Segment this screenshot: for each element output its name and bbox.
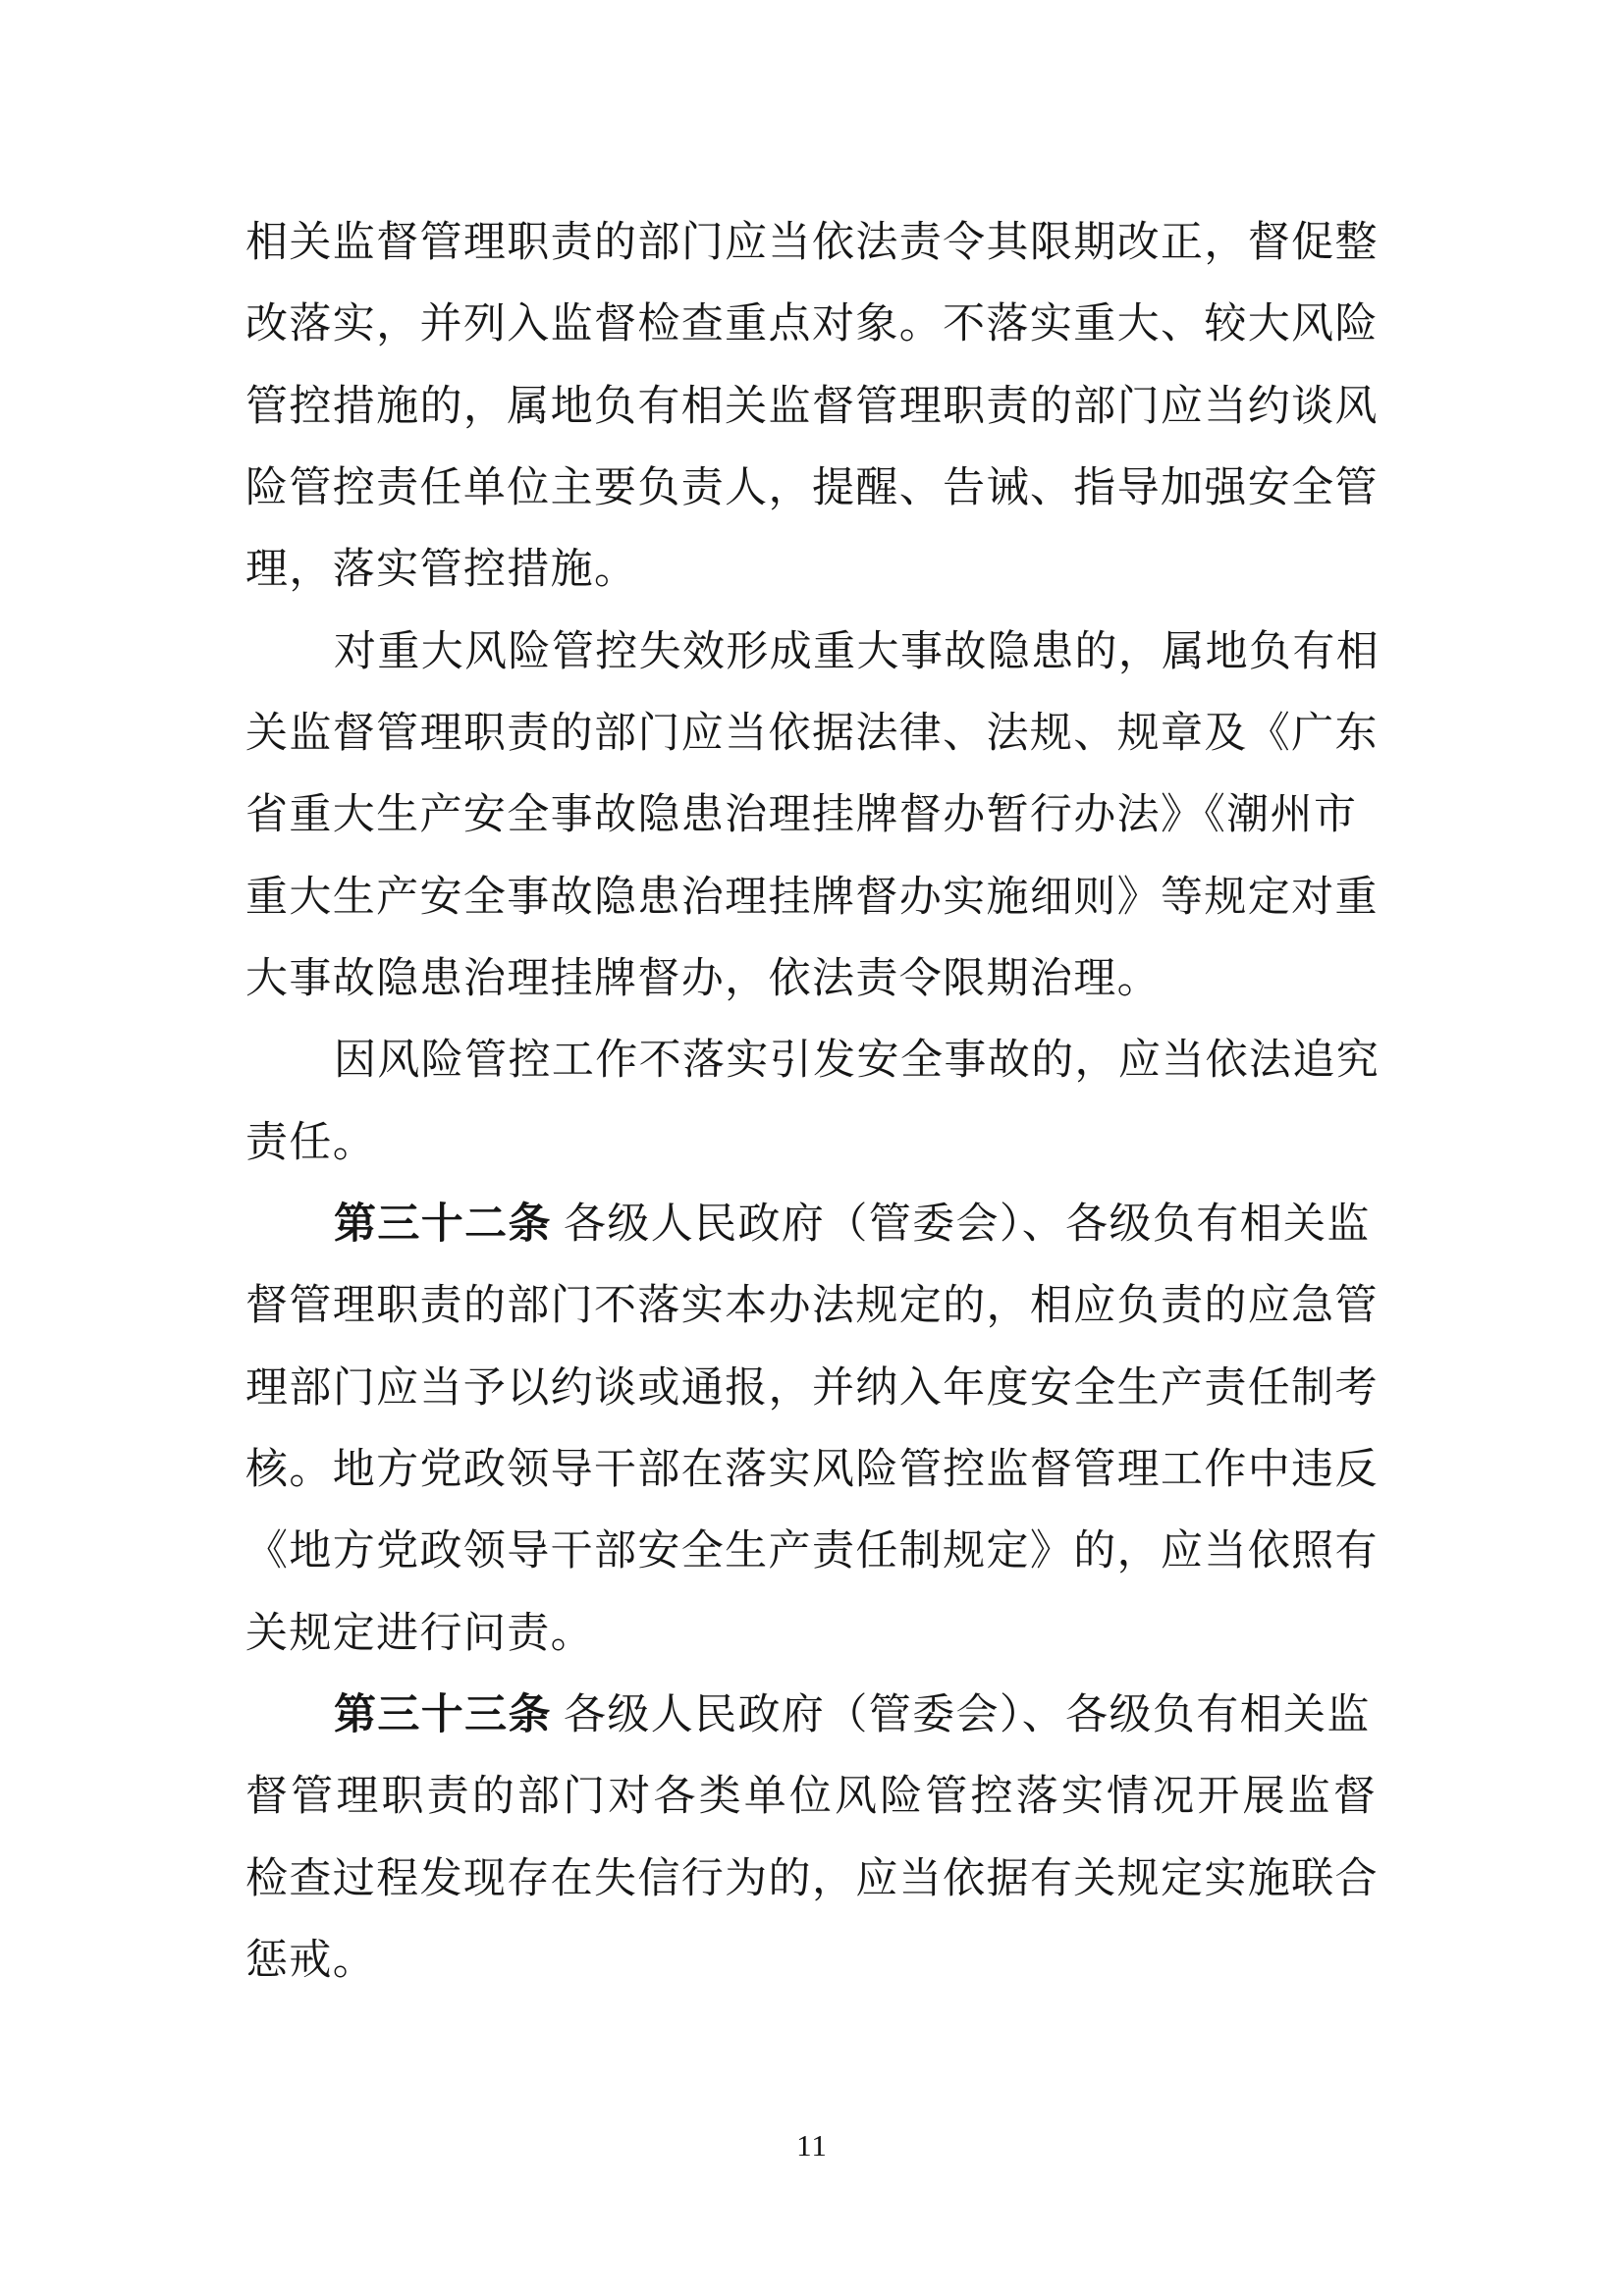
text-line: 理部门应当予以约谈或通报，并纳入年度安全生产责任制考 (245, 1348, 1384, 1429)
text-run: 关规定进行问责。 (245, 1611, 594, 1657)
text-line: 省重大生产安全事故隐患治理挂牌督办暂行办法》《潮州市 (245, 774, 1384, 856)
text-line: 核。地方党政领导干部在落实风险管控监督管理工作中违反 (245, 1429, 1384, 1511)
text-run: 重大生产安全事故隐患治理挂牌督办实施细则》等规定对重 (245, 875, 1379, 921)
text-line: 险管控责任单位主要负责人，提醒、告诫、指导加强安全管 (245, 448, 1384, 529)
text-line: 督管理职责的部门对各类单位风险管控落实情况开展监督 (245, 1756, 1384, 1838)
text-line: 第三十三条 各级人民政府（管委会）、各级负有相关监 (245, 1675, 1384, 1756)
text-run: 核。地方党政领导干部在落实风险管控监督管理工作中违反 (245, 1447, 1379, 1493)
text-run: 大事故隐患治理挂牌督办，依法责令限期治理。 (245, 956, 1161, 1002)
text-line: 第三十二条 各级人民政府（管委会）、各级负有相关监 (245, 1184, 1384, 1265)
text-run: 省重大生产安全事故隐患治理挂牌督办暂行办法》《潮州市 (245, 792, 1357, 838)
text-run: 理，落实管控措施。 (245, 547, 637, 593)
text-run: 相关监督管理职责的部门应当依法责令其限期改正，督促整 (245, 220, 1379, 266)
text-line: 大事故隐患治理挂牌督办，依法责令限期治理。 (245, 938, 1384, 1020)
text-line: 关规定进行问责。 (245, 1593, 1384, 1675)
text-line: 重大生产安全事故隐患治理挂牌督办实施细则》等规定对重 (245, 857, 1384, 938)
text-run: 管控措施的，属地负有相关监督管理职责的部门应当约谈风 (245, 384, 1379, 430)
text-run: 对重大风险管控失效形成重大事故隐患的，属地负有相 (334, 629, 1380, 675)
text-line: 管控措施的，属地负有相关监督管理职责的部门应当约谈风 (245, 366, 1384, 448)
article-number: 第三十三条 (334, 1692, 552, 1738)
document-page: 相关监督管理职责的部门应当依法责令其限期改正，督促整改落实，并列入监督检查重点对… (0, 0, 1624, 2296)
text-run: 惩戒。 (245, 1938, 376, 1984)
text-line: 关监督管理职责的部门应当依据法律、法规、规章及《广东 (245, 693, 1384, 774)
text-run: 险管控责任单位主要负责人，提醒、告诫、指导加强安全管 (245, 465, 1379, 511)
text-line: 督管理职责的部门不落实本办法规定的，相应负责的应急管 (245, 1265, 1384, 1347)
text-line: 检查过程发现存在失信行为的，应当依据有关规定实施联合 (245, 1839, 1384, 1920)
text-line: 改落实，并列入监督检查重点对象。不落实重大、较大风险 (245, 284, 1384, 365)
text-line: 责任。 (245, 1102, 1384, 1184)
page-number: 11 (0, 2126, 1624, 2165)
text-line: 因风险管控工作不落实引发安全事故的，应当依法追究 (245, 1020, 1384, 1101)
text-run: 改落实，并列入监督检查重点对象。不落实重大、较大风险 (245, 301, 1379, 347)
text-line: 《地方党政领导干部安全生产责任制规定》的，应当依照有 (245, 1511, 1384, 1592)
text-run: 督管理职责的部门对各类单位风险管控落实情况开展监督 (245, 1774, 1379, 1820)
article-number: 第三十二条 (334, 1201, 552, 1248)
text-run: 因风险管控工作不落实引发安全事故的，应当依法追究 (334, 1038, 1380, 1084)
text-line: 对重大风险管控失效形成重大事故隐患的，属地负有相 (245, 612, 1384, 693)
text-line: 惩戒。 (245, 1920, 1384, 2002)
text-run: 各级人民政府（管委会）、各级负有相关监 (552, 1692, 1371, 1738)
text-run: 责任。 (245, 1120, 376, 1166)
text-block: 相关监督管理职责的部门应当依法责令其限期改正，督促整改落实，并列入监督检查重点对… (245, 202, 1384, 2002)
text-line: 相关监督管理职责的部门应当依法责令其限期改正，督促整 (245, 202, 1384, 284)
text-run: 各级人民政府（管委会）、各级负有相关监 (552, 1201, 1371, 1248)
text-run: 《地方党政领导干部安全生产责任制规定》的，应当依照有 (245, 1528, 1379, 1575)
text-run: 督管理职责的部门不落实本办法规定的，相应负责的应急管 (245, 1283, 1379, 1329)
text-run: 关监督管理职责的部门应当依据法律、法规、规章及《广东 (245, 711, 1379, 757)
text-run: 理部门应当予以约谈或通报，并纳入年度安全生产责任制考 (245, 1365, 1379, 1412)
text-run: 检查过程发现存在失信行为的，应当依据有关规定实施联合 (245, 1856, 1379, 1902)
text-line: 理，落实管控措施。 (245, 529, 1384, 611)
